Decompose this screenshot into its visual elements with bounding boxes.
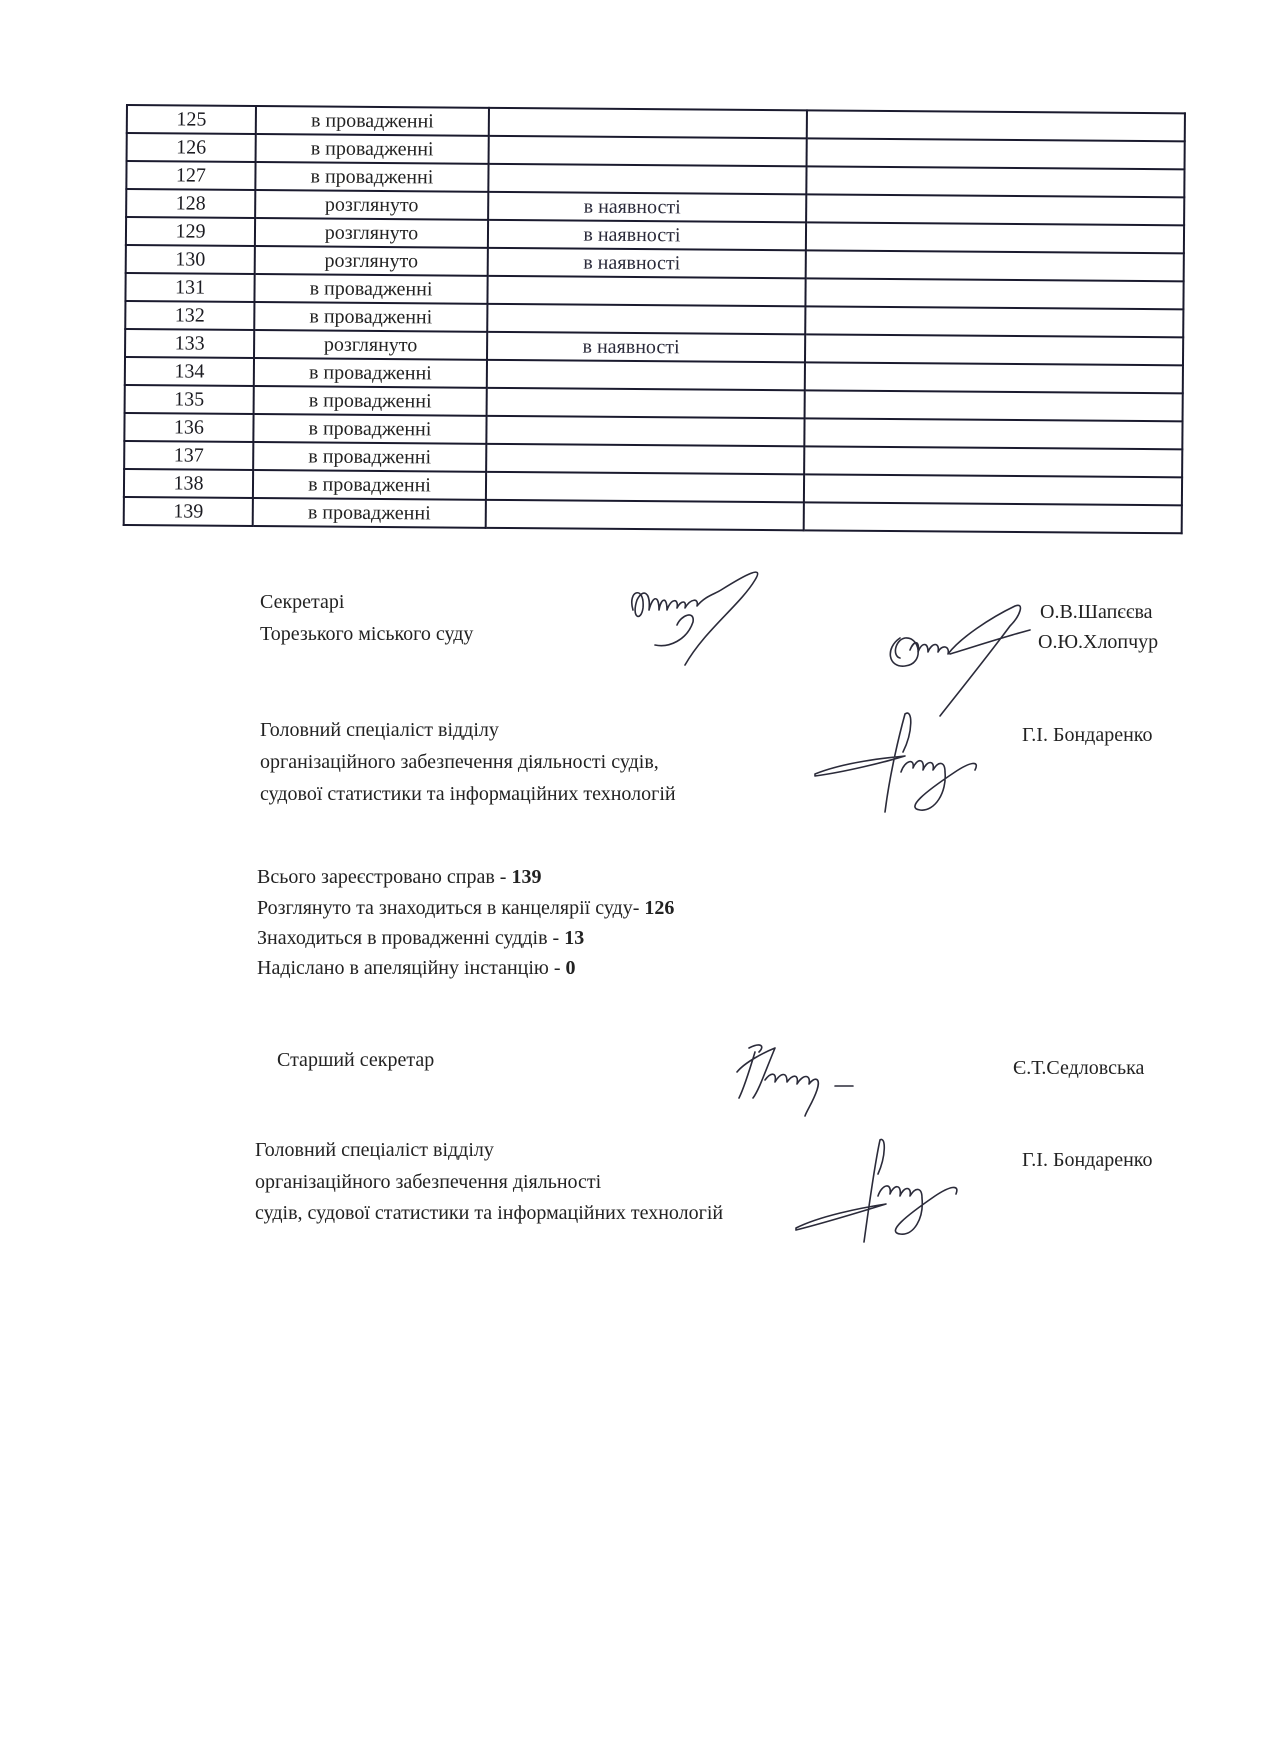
case-number-cell: 137: [124, 441, 253, 470]
case-number-cell: 139: [124, 497, 253, 526]
case-notes-cell: [804, 446, 1182, 477]
case-availability-cell: [489, 136, 807, 166]
case-number-cell: 133: [125, 329, 254, 358]
secretary-name-2: О.Ю.Хлопчур: [1038, 630, 1158, 654]
summary-appeal-value: 0: [566, 957, 576, 979]
case-availability-cell: в наявності: [488, 220, 806, 250]
case-availability-cell: [486, 472, 804, 502]
case-status-cell: в провадженні: [253, 442, 486, 472]
case-status-cell: розглянуто: [255, 246, 488, 276]
chief-specialist-role-line-2: організаційного забезпечення діяльності …: [260, 750, 659, 774]
case-number-cell: 126: [127, 133, 256, 162]
signature-bondarenko-1: [805, 712, 985, 822]
case-status-cell: в провадженні: [255, 162, 488, 192]
signature-sedlovska: [735, 1042, 865, 1117]
chief-specialist-role-line-1: Головний спеціаліст відділу: [260, 718, 499, 742]
case-status-cell: в провадженні: [253, 414, 486, 444]
summary-in-progress-value: 13: [564, 927, 584, 949]
case-availability-cell: [487, 388, 805, 418]
case-availability-cell: [486, 500, 804, 530]
case-number-cell: 136: [124, 413, 253, 442]
case-availability-cell: [487, 276, 805, 306]
case-notes-cell: [804, 474, 1182, 505]
chief-specialist-2-role-line-1: Головний спеціаліст відділу: [255, 1138, 494, 1162]
case-number-cell: 135: [125, 385, 254, 414]
summary-appeal: Надіслано в апеляційну інстанцію - 0: [257, 956, 576, 980]
case-status-cell: розглянуто: [255, 190, 488, 220]
case-notes-cell: [805, 334, 1183, 365]
document-page: 125в провадженні126в провадженні127в про…: [0, 0, 1275, 1755]
case-availability-cell: [489, 108, 807, 138]
summary-total-label: Всього зареєстровано справ -: [257, 866, 511, 888]
case-notes-cell: [804, 502, 1182, 533]
case-notes-cell: [807, 138, 1185, 169]
case-number-cell: 129: [126, 217, 255, 246]
chief-specialist-role-line-3: судової статистики та інформаційних техн…: [260, 782, 676, 806]
case-notes-cell: [805, 278, 1183, 309]
secretary-name-1: О.В.Шапєєва: [1040, 600, 1153, 624]
case-availability-cell: [486, 444, 804, 474]
summary-in-progress-label: Знаходиться в провадженні суддів -: [257, 927, 564, 949]
case-notes-cell: [806, 250, 1184, 281]
summary-total: Всього зареєстровано справ - 139: [257, 865, 541, 889]
summary-appeal-label: Надіслано в апеляційну інстанцію -: [257, 957, 566, 979]
chief-specialist-2-role-line-2: організаційного забезпечення діяльності: [255, 1170, 601, 1194]
case-availability-cell: в наявності: [488, 248, 806, 278]
case-availability-cell: [488, 164, 806, 194]
case-registry-table: 125в провадженні126в провадженні127в про…: [123, 104, 1186, 534]
case-availability-cell: в наявності: [488, 192, 806, 222]
case-notes-cell: [804, 418, 1182, 449]
secretaries-role-line-1: Секретарі: [260, 590, 344, 614]
case-notes-cell: [806, 222, 1184, 253]
case-status-cell: в провадженні: [256, 134, 489, 164]
chief-specialist-2-name: Г.І. Бондаренко: [1022, 1148, 1153, 1172]
case-status-cell: розглянуто: [255, 218, 488, 248]
case-number-cell: 128: [126, 189, 255, 218]
case-status-cell: в провадженні: [253, 498, 486, 528]
signature-shapieieva: [625, 570, 765, 670]
case-number-cell: 132: [125, 301, 254, 330]
case-notes-cell: [805, 306, 1183, 337]
case-status-cell: в провадженні: [254, 386, 487, 416]
case-registry-body: 125в провадженні126в провадженні127в про…: [124, 105, 1185, 533]
case-availability-cell: [487, 304, 805, 334]
chief-specialist-name: Г.І. Бондаренко: [1022, 723, 1153, 747]
case-availability-cell: в наявності: [487, 332, 805, 362]
case-status-cell: в провадженні: [253, 470, 486, 500]
case-status-cell: в провадженні: [254, 274, 487, 304]
summary-reviewed-label: Розглянуто та знаходиться в канцелярії с…: [257, 897, 644, 919]
case-notes-cell: [805, 362, 1183, 393]
case-number-cell: 134: [125, 357, 254, 386]
case-number-cell: 125: [127, 105, 256, 134]
summary-reviewed: Розглянуто та знаходиться в канцелярії с…: [257, 896, 674, 920]
case-notes-cell: [806, 194, 1184, 225]
case-notes-cell: [805, 390, 1183, 421]
summary-in-progress: Знаходиться в провадженні суддів - 13: [257, 926, 584, 950]
case-status-cell: розглянуто: [254, 330, 487, 360]
case-availability-cell: [487, 360, 805, 390]
case-number-cell: 131: [125, 273, 254, 302]
case-status-cell: в провадженні: [254, 358, 487, 388]
case-number-cell: 138: [124, 469, 253, 498]
case-notes-cell: [806, 166, 1184, 197]
case-status-cell: в провадженні: [254, 302, 487, 332]
secretaries-role-line-2: Торезького міського суду: [260, 622, 473, 646]
signature-bondarenko-2: [790, 1138, 970, 1248]
case-number-cell: 127: [126, 161, 255, 190]
signature-khlopchur: [880, 608, 1030, 718]
case-availability-cell: [486, 416, 804, 446]
summary-reviewed-value: 126: [644, 897, 674, 919]
senior-secretary-name: Є.Т.Седловська: [1013, 1056, 1144, 1080]
senior-secretary-role: Старший секретар: [277, 1048, 434, 1072]
summary-total-value: 139: [511, 866, 541, 888]
chief-specialist-2-role-line-3: судів, судової статистики та інформаційн…: [255, 1201, 723, 1225]
case-notes-cell: [807, 110, 1185, 141]
case-status-cell: в провадженні: [256, 106, 489, 136]
case-number-cell: 130: [126, 245, 255, 274]
